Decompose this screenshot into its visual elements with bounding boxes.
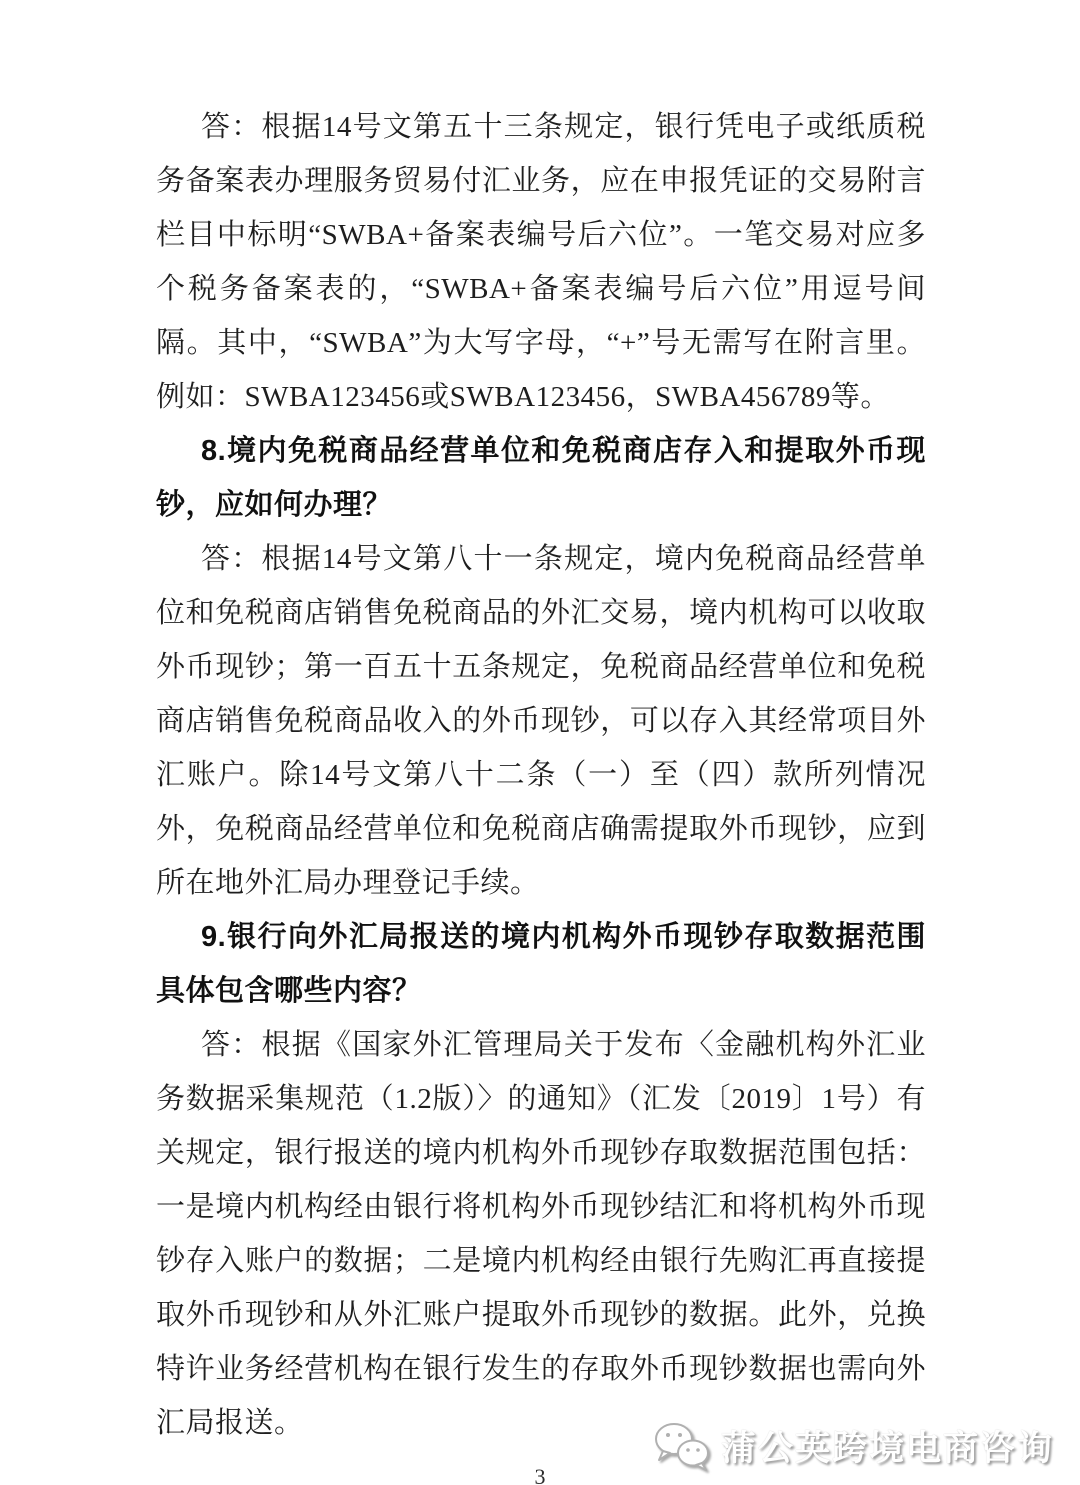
brand-watermark-label: 蒲公英跨境电商咨询 bbox=[721, 1421, 1054, 1471]
brand-watermark: 蒲公英跨境电商咨询 bbox=[653, 1421, 1054, 1471]
paragraph-answer-q9: 答：根据《国家外汇管理局关于发布〈金融机构外汇业务数据采集规范（1.2版）〉的通… bbox=[156, 1018, 926, 1450]
paragraph-answer-q7: 答：根据14号文第五十三条规定，银行凭电子或纸质税务备案表办理服务贸易付汇业务，… bbox=[156, 100, 926, 424]
wechat-icon bbox=[653, 1421, 711, 1471]
paragraph-question-9: 9.银行向外汇局报送的境内机构外币现钞存取数据范围具体包含哪些内容？ bbox=[156, 910, 926, 1018]
paragraph-answer-q8: 答：根据14号文第八十一条规定，境内免税商品经营单位和免税商店销售免税商品的外汇… bbox=[156, 532, 926, 910]
document-page: 答：根据14号文第五十三条规定，银行凭电子或纸质税务备案表办理服务贸易付汇业务，… bbox=[0, 0, 1080, 1485]
document-content: 答：根据14号文第五十三条规定，银行凭电子或纸质税务备案表办理服务贸易付汇业务，… bbox=[156, 0, 926, 1450]
paragraph-question-8: 8.境内免税商品经营单位和免税商店存入和提取外币现钞，应如何办理？ bbox=[156, 424, 926, 532]
